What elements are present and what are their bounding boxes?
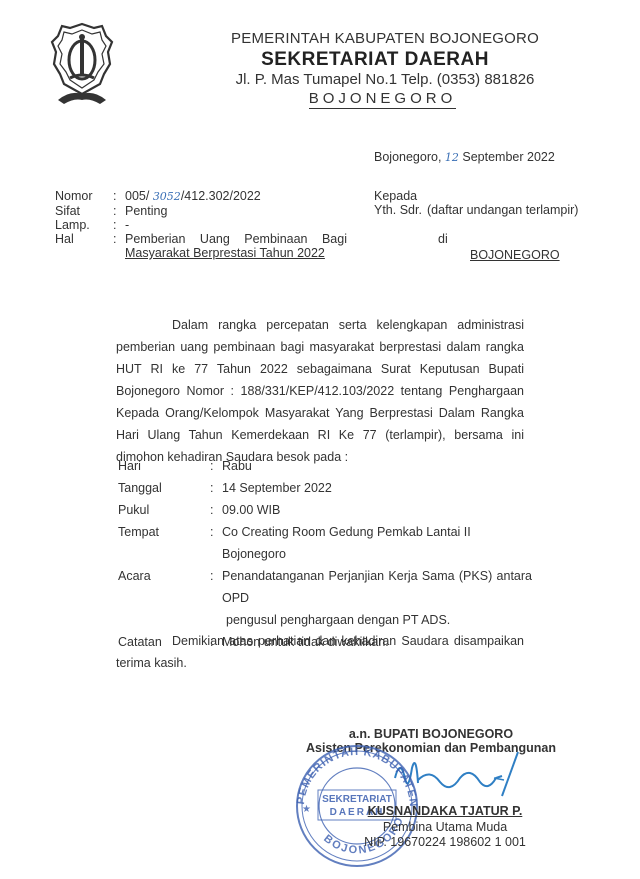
detail-label: Tempat — [118, 521, 210, 565]
recipient-to: (daftar undangan terlampir) — [427, 203, 578, 217]
meta-colon: : — [113, 232, 125, 260]
letter-meta: Nomor : 005/ 3052/412.302/2022 Sifat : P… — [55, 189, 355, 260]
meta-label: Nomor — [55, 189, 113, 204]
letter-date: Bojonegoro, 12 September 2022 — [374, 150, 555, 164]
body-paragraph-1: Dalam rangka percepatan serta kelengkapa… — [116, 314, 524, 468]
detail-row-acara: Acara : Penandatanganan Perjanjian Kerja… — [118, 565, 532, 631]
signatory-nip: NIP. 19670224 198602 1 001 — [330, 835, 560, 849]
detail-colon: : — [210, 565, 222, 631]
detail-label: Tanggal — [118, 477, 210, 499]
nomor-handwritten: 3052 — [153, 190, 181, 203]
meta-sifat: Sifat : Penting — [55, 204, 355, 218]
letterhead-city-text: BOJONEGORO — [309, 90, 457, 109]
meta-value: - — [125, 218, 355, 232]
letterhead-office: SEKRETARIAT DAERAH — [0, 49, 640, 71]
detail-label: Pukul — [118, 499, 210, 521]
signatory-rank: Pembina Utama Muda — [330, 820, 560, 834]
detail-row-tempat: Tempat : Co Creating Room Gedung Pemkab … — [118, 521, 532, 565]
recipient-block: Kepada Yth. Sdr. (daftar undangan terlam… — [374, 189, 578, 217]
date-day-handwritten: 12 — [445, 151, 459, 164]
meta-lamp: Lamp. : - — [55, 218, 355, 232]
recipient-di: di — [438, 232, 448, 246]
recipient-kepada: Kepada — [374, 189, 578, 203]
meta-label: Lamp. — [55, 218, 113, 232]
meta-value: Pemberian Uang Pembinaan Bagi Masyarakat… — [125, 232, 347, 260]
paragraph-2-text: Demikian atas perhatian dan kehadiran Sa… — [116, 634, 524, 670]
recipient-city: BOJONEGORO — [470, 248, 560, 262]
letterhead-address: Jl. P. Mas Tumapel No.1 Telp. (0353) 881… — [0, 71, 640, 88]
recipient-yth-label: Yth. Sdr. — [374, 203, 427, 217]
signatory-name: KUSNANDAKA TJATUR P. — [330, 804, 560, 818]
meta-colon: : — [113, 218, 125, 232]
nomor-suffix: /412.302/2022 — [181, 189, 261, 203]
detail-value: 09.00 WIB — [222, 499, 532, 521]
detail-row-pukul: Pukul : 09.00 WIB — [118, 499, 532, 521]
date-place: Bojonegoro, — [374, 150, 441, 164]
detail-value: Penandatanganan Perjanjian Kerja Sama (P… — [222, 565, 532, 631]
detail-colon: : — [210, 499, 222, 521]
meta-hal: Hal : Pemberian Uang Pembinaan Bagi Masy… — [55, 232, 355, 260]
signature-title-1: a.n. BUPATI BOJONEGORO — [296, 727, 566, 741]
detail-label: Hari — [118, 455, 210, 477]
detail-colon: : — [210, 477, 222, 499]
detail-value: 14 September 2022 — [222, 477, 532, 499]
acara-line2: pengusul penghargaan dengan PT ADS. — [222, 609, 532, 631]
meta-colon: : — [113, 204, 125, 218]
paragraph-1-text: Dalam rangka percepatan serta kelengkapa… — [116, 318, 524, 464]
detail-row-hari: Hari : Rabu — [118, 455, 532, 477]
meta-colon: : — [113, 189, 125, 204]
recipient-yth: Yth. Sdr. (daftar undangan terlampir) — [374, 203, 578, 217]
acara-line1: Penandatanganan Perjanjian Kerja Sama (P… — [222, 565, 532, 609]
detail-row-tanggal: Tanggal : 14 September 2022 — [118, 477, 532, 499]
hal-line2: Masyarakat Berprestasi Tahun 2022 — [125, 246, 347, 260]
meta-label: Sifat — [55, 204, 113, 218]
svg-text:★: ★ — [302, 804, 311, 815]
meta-value: Penting — [125, 204, 355, 218]
date-month-year: September 2022 — [462, 150, 554, 164]
letterhead-government: PEMERINTAH KABUPATEN BOJONEGORO — [0, 30, 640, 47]
detail-value: Rabu — [222, 455, 532, 477]
hal-line1: Pemberian Uang Pembinaan Bagi — [125, 232, 347, 246]
detail-colon: : — [210, 521, 222, 565]
meta-value: 005/ 3052/412.302/2022 — [125, 189, 355, 204]
detail-label: Acara — [118, 565, 210, 631]
nomor-prefix: 005/ — [125, 189, 153, 203]
detail-value: Co Creating Room Gedung Pemkab Lantai II… — [222, 521, 532, 565]
meta-label: Hal — [55, 232, 113, 260]
body-paragraph-2: Demikian atas perhatian dan kehadiran Sa… — [116, 630, 524, 674]
letterhead-city: BOJONEGORO — [0, 90, 640, 107]
meta-nomor: Nomor : 005/ 3052/412.302/2022 — [55, 189, 355, 204]
detail-colon: : — [210, 455, 222, 477]
event-details: Hari : Rabu Tanggal : 14 September 2022 … — [118, 455, 532, 653]
